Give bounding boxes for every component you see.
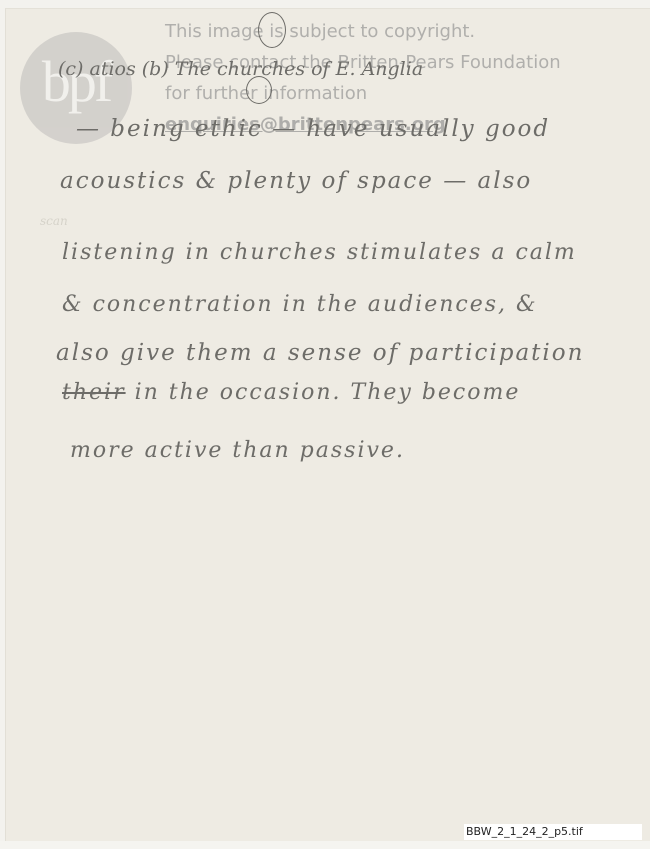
circled-mark-is (258, 12, 286, 48)
watermark-line-1: This image is subject to copyright. (165, 16, 561, 47)
handwritten-line-7: their in the occasion. They become (62, 380, 520, 405)
handwritten-line-4: listening in churches stimulates a calm (62, 240, 577, 265)
handwritten-line-3: acoustics & plenty of space — also (60, 168, 532, 194)
handwritten-line-1: (c) atios (b) The churches of E. Anglia (58, 58, 423, 80)
struck-out-word: their (62, 380, 126, 405)
watermark-line-3: for further information (165, 78, 561, 109)
handwritten-line-2: — being ethic — have usually good (76, 116, 550, 142)
scan-border (0, 841, 650, 849)
faint-pencil-note: scan (40, 214, 68, 228)
filename-label: BBW_2_1_24_2_p5.tif (464, 824, 642, 840)
handwritten-line-5: & concentration in the audiences, & (62, 292, 538, 317)
circled-mark-b (246, 76, 272, 104)
handwritten-line-7-text: in the occasion. They become (126, 380, 521, 405)
handwritten-line-8: more active than passive. (70, 438, 405, 463)
handwritten-line-6: also give them a sense of participation (56, 340, 584, 366)
